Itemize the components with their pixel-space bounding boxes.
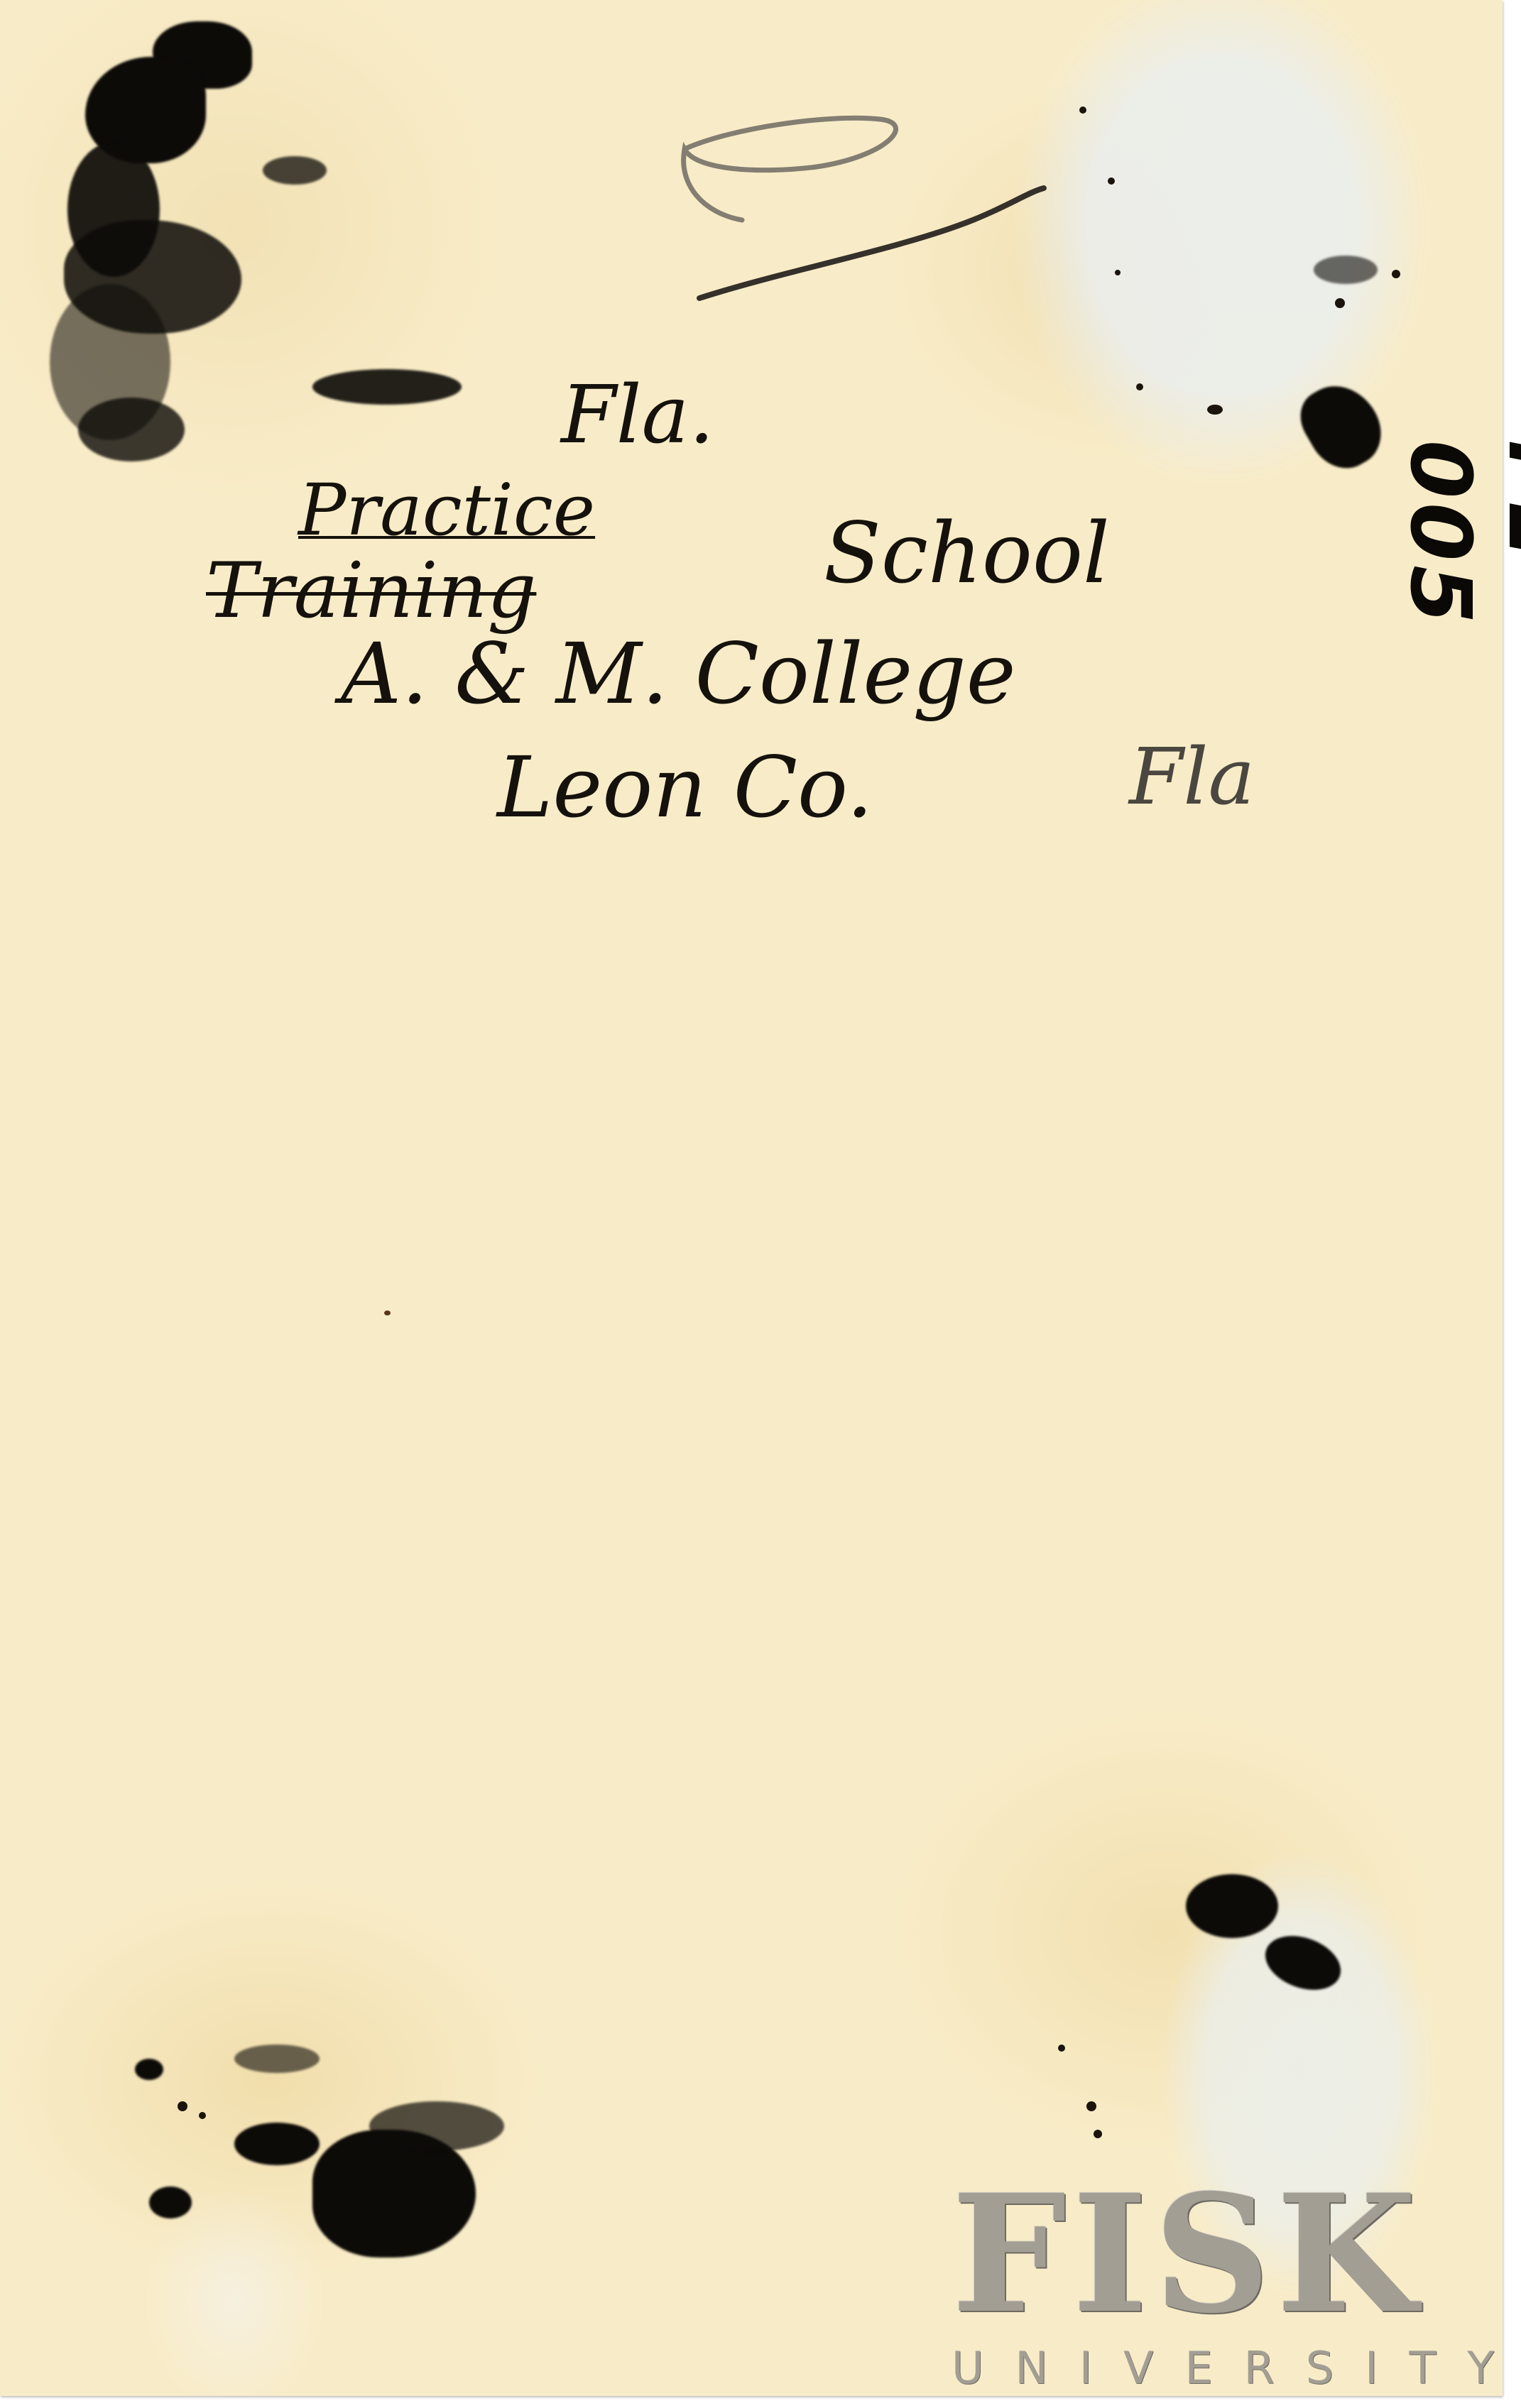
handwritten-state: Fla. [561, 369, 714, 461]
fisk-university-logo: FISK UNIVERSITY [952, 2176, 1505, 2394]
logo-university-subtitle: UNIVERSITY [952, 2342, 1505, 2394]
small-speck [384, 1310, 391, 1315]
catalog-number: FL 005 [1392, 440, 1521, 628]
handwritten-training-struck: Training [206, 547, 536, 635]
logo-fisk-wordmark: FISK [952, 2176, 1505, 2332]
photo-back-paper: Fla. Practice Training School A. & M. Co… [0, 0, 1503, 2396]
handwritten-county: Leon Co. [497, 738, 873, 836]
handwritten-fla-pencil: Fla [1129, 731, 1255, 822]
handwritten-practice: Practice [298, 469, 595, 552]
pencil-loop-mark [675, 106, 1115, 305]
handwritten-school: School [824, 504, 1110, 602]
handwritten-college: A. & M. College [341, 625, 1016, 723]
